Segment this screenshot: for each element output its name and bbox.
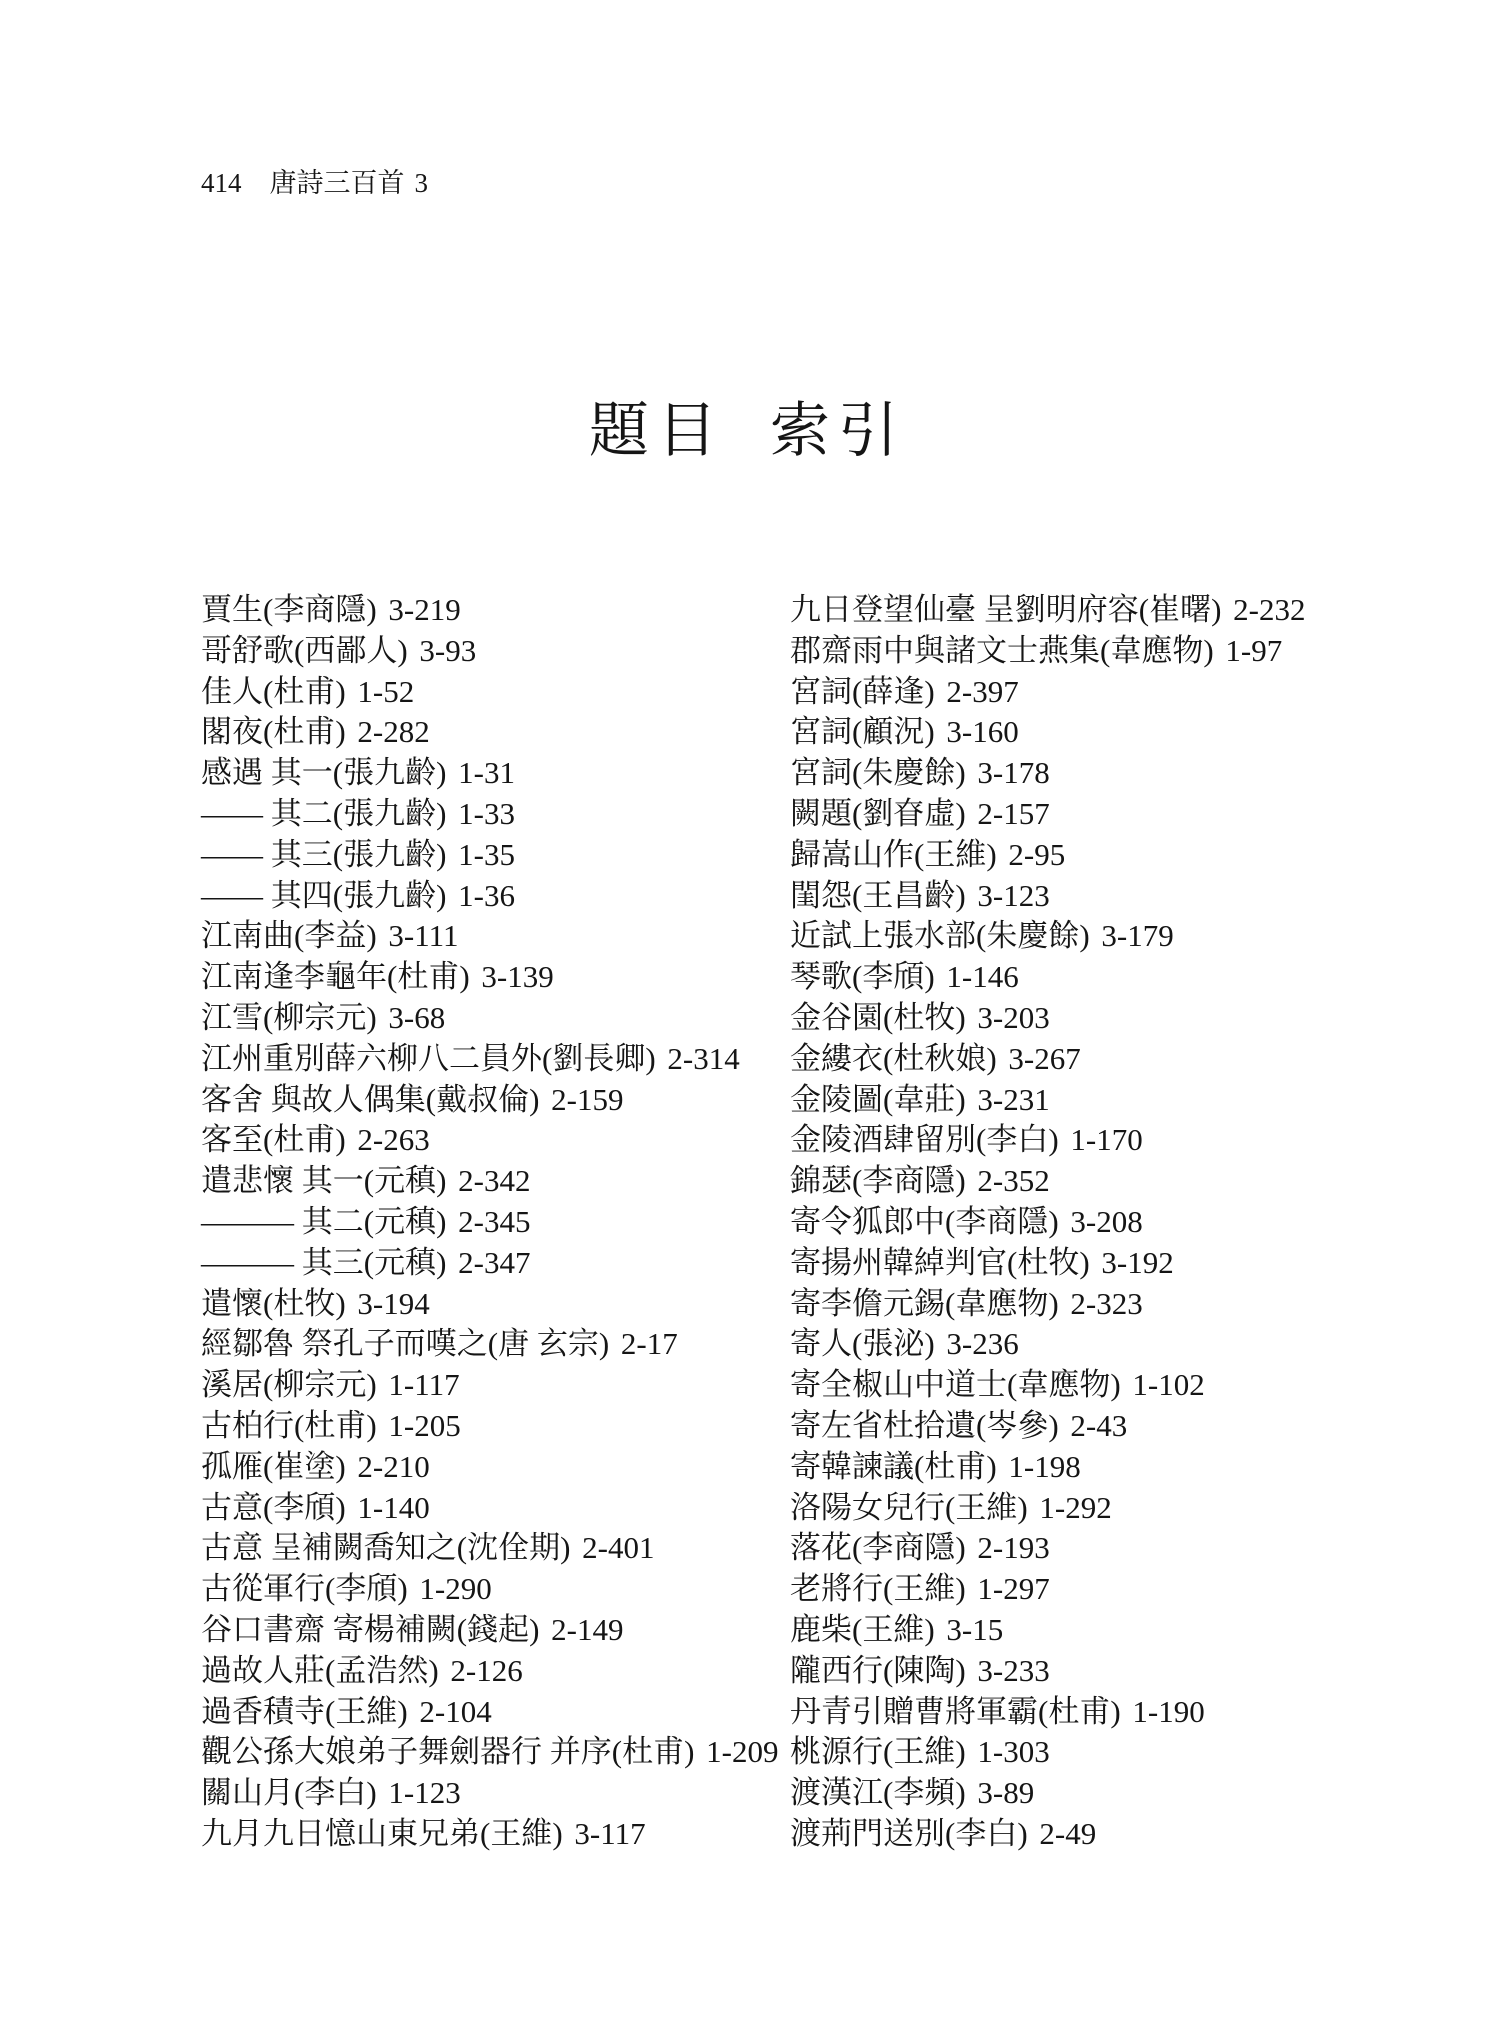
entry-page-ref: 1-52 <box>357 674 414 709</box>
index-entry: 江南曲(李益)3-111 <box>201 916 779 957</box>
entry-page-ref: 2-104 <box>419 1694 491 1729</box>
index-entry: 近試上張水部(朱慶餘)3-179 <box>790 916 1306 957</box>
entry-title: 江南曲 <box>201 918 294 953</box>
entry-author: (杜甫) <box>263 1122 346 1157</box>
entry-page-ref: 1-97 <box>1225 633 1282 668</box>
entry-page-ref: 2-263 <box>357 1122 429 1157</box>
entry-title: 九月九日憶山東兄弟 <box>201 1816 480 1851</box>
entry-page-ref: 2-159 <box>551 1082 623 1117</box>
entry-author: (王昌齡) <box>852 878 966 913</box>
entry-title: 經鄒魯 祭孔子而嘆之 <box>201 1326 488 1361</box>
page-title: 題目 索引 <box>0 399 1495 463</box>
entry-title: 過故人莊 <box>201 1653 325 1688</box>
entry-title: 閣夜 <box>201 714 263 749</box>
index-entry: 觀公孫大娘弟子舞劍器行 并序(杜甫)1-209 <box>201 1732 779 1773</box>
entry-page-ref: 1-209 <box>706 1734 778 1769</box>
entry-page-ref: 2-347 <box>458 1245 530 1280</box>
entry-page-ref: 1-292 <box>1039 1490 1111 1525</box>
entry-title: 落花 <box>790 1530 852 1565</box>
index-entry: 老將行(王維)1-297 <box>790 1569 1306 1610</box>
index-entry: 江南逢李龜年(杜甫)3-139 <box>201 957 779 998</box>
entry-title: 遣懷 <box>201 1286 263 1321</box>
index-entry: 古柏行(杜甫)1-205 <box>201 1406 779 1447</box>
entry-author: (杜甫) <box>294 1408 377 1443</box>
entry-author: (韋莊) <box>883 1082 966 1117</box>
entry-page-ref: 3-219 <box>388 592 460 627</box>
entry-page-ref: 2-17 <box>621 1326 678 1361</box>
entry-author: (柳宗元) <box>263 1367 377 1402</box>
entry-page-ref: 2-149 <box>551 1612 623 1647</box>
page-number: 414 <box>201 168 242 198</box>
index-entry: 谷口書齋 寄楊補闕(錢起)2-149 <box>201 1610 779 1651</box>
entry-author: (薛逢) <box>852 674 935 709</box>
entry-page-ref: 1-35 <box>458 837 515 872</box>
index-entry: 金陵酒肆留別(李白)1-170 <box>790 1120 1306 1161</box>
entry-title: —— 其四 <box>201 878 333 913</box>
entry-title: 近試上張水部 <box>790 918 976 953</box>
entry-page-ref: 3-93 <box>419 633 476 668</box>
index-entry: 客舍 與故人偶集(戴叔倫)2-159 <box>201 1080 779 1121</box>
index-entry: 寄人(張泌)3-236 <box>790 1324 1306 1365</box>
entry-author: (李白) <box>976 1122 1059 1157</box>
entry-author: (戴叔倫) <box>426 1082 540 1117</box>
index-entry: 古意(李頎)1-140 <box>201 1488 779 1529</box>
entry-page-ref: 1-205 <box>388 1408 460 1443</box>
entry-title: 宮詞 <box>790 755 852 790</box>
entry-author: (元稹) <box>364 1204 447 1239</box>
index-entry: 洛陽女兒行(王維)1-292 <box>790 1488 1306 1529</box>
entry-title: 江雪 <box>201 1000 263 1035</box>
entry-author: (西鄙人) <box>294 633 408 668</box>
entry-title: 金縷衣 <box>790 1041 883 1076</box>
index-entry: 關山月(李白)1-123 <box>201 1773 779 1814</box>
entry-author: (張九齡) <box>333 755 447 790</box>
entry-page-ref: 1-33 <box>458 796 515 831</box>
volume-number: 3 <box>415 168 429 198</box>
entry-author: (李商隱) <box>852 1530 966 1565</box>
entry-page-ref: 3-203 <box>977 1000 1049 1035</box>
entry-title: ——— 其三 <box>201 1245 364 1280</box>
entry-page-ref: 1-102 <box>1132 1367 1204 1402</box>
entry-author: (李頻) <box>883 1775 966 1810</box>
entry-page-ref: 3-192 <box>1101 1245 1173 1280</box>
entry-page-ref: 3-123 <box>977 878 1049 913</box>
index-entry: 歸嵩山作(王維)2-95 <box>790 835 1306 876</box>
entry-author: (李白) <box>294 1775 377 1810</box>
entry-title: 古從軍行 <box>201 1571 325 1606</box>
index-entry: 九月九日憶山東兄弟(王維)3-117 <box>201 1814 779 1855</box>
entry-author: (柳宗元) <box>263 1000 377 1035</box>
entry-page-ref: 1-123 <box>388 1775 460 1810</box>
index-column-right: 九日登望仙臺 呈劉明府容(崔曙)2-232郡齋雨中與諸文士燕集(韋應物)1-97… <box>790 590 1306 1855</box>
entry-author: (杜牧) <box>263 1286 346 1321</box>
entry-author: (李白) <box>945 1816 1028 1851</box>
index-entry: 宮詞(朱慶餘)3-178 <box>790 753 1306 794</box>
entry-page-ref: 2-352 <box>977 1163 1049 1198</box>
entry-author: (顧況) <box>852 714 935 749</box>
index-entry: 賈生(李商隱)3-219 <box>201 590 779 631</box>
entry-author: (唐 玄宗) <box>488 1326 609 1361</box>
entry-author: (杜甫) <box>612 1734 695 1769</box>
entry-page-ref: 2-49 <box>1039 1816 1096 1851</box>
entry-author: (元稹) <box>364 1245 447 1280</box>
index-entry: 寄揚州韓綽判官(杜牧)3-192 <box>790 1243 1306 1284</box>
entry-title: 金陵圖 <box>790 1082 883 1117</box>
entry-page-ref: 1-146 <box>946 959 1018 994</box>
entry-author: (王維) <box>883 1571 966 1606</box>
entry-title: 老將行 <box>790 1571 883 1606</box>
entry-page-ref: 1-198 <box>1008 1449 1080 1484</box>
entry-author: (李商隱) <box>852 1163 966 1198</box>
entry-page-ref: 1-36 <box>458 878 515 913</box>
index-entry: 溪居(柳宗元)1-117 <box>201 1365 779 1406</box>
entry-title: 金谷園 <box>790 1000 883 1035</box>
index-entry: 古從軍行(李頎)1-290 <box>201 1569 779 1610</box>
index-entry: 過故人莊(孟浩然)2-126 <box>201 1651 779 1692</box>
entry-page-ref: 2-342 <box>458 1163 530 1198</box>
entry-author: (韋應物) <box>1007 1367 1121 1402</box>
entry-author: (杜秋娘) <box>883 1041 997 1076</box>
index-entry: 遣懷(杜牧)3-194 <box>201 1284 779 1325</box>
entry-author: (王維) <box>852 1612 935 1647</box>
entry-title: 渡漢江 <box>790 1775 883 1810</box>
entry-title: 寄令狐郎中 <box>790 1204 945 1239</box>
entry-title: 寄揚州韓綽判官 <box>790 1245 1007 1280</box>
entry-author: (李商隱) <box>263 592 377 627</box>
entry-title: 古柏行 <box>201 1408 294 1443</box>
entry-title: 古意 <box>201 1490 263 1525</box>
entry-author: (韋應物) <box>945 1286 1059 1321</box>
index-entry: —— 其二(張九齡)1-33 <box>201 794 779 835</box>
entry-title: 歸嵩山作 <box>790 837 914 872</box>
entry-author: (孟浩然) <box>325 1653 439 1688</box>
entry-author: (劉眘虛) <box>852 796 966 831</box>
entry-page-ref: 1-303 <box>977 1734 1049 1769</box>
entry-title: 客至 <box>201 1122 263 1157</box>
entry-title: 遣悲懷 其一 <box>201 1163 364 1198</box>
entry-author: (岑參) <box>976 1408 1059 1443</box>
index-entry: 琴歌(李頎)1-146 <box>790 957 1306 998</box>
entry-author: (李益) <box>294 918 377 953</box>
entry-title: 寄韓諫議 <box>790 1449 914 1484</box>
entry-page-ref: 3-68 <box>388 1000 445 1035</box>
book-title: 唐詩三百首 <box>270 168 405 198</box>
entry-page-ref: 2-232 <box>1233 592 1305 627</box>
index-entry: 古意 呈補闕喬知之(沈佺期)2-401 <box>201 1528 779 1569</box>
entry-title: —— 其二 <box>201 796 333 831</box>
index-entry: 孤雁(崔塗)2-210 <box>201 1447 779 1488</box>
entry-title: 寄全椒山中道士 <box>790 1367 1007 1402</box>
entry-title: 鹿柴 <box>790 1612 852 1647</box>
index-entry: ——— 其三(元稹)2-347 <box>201 1243 779 1284</box>
index-entry: 宮詞(薛逢)2-397 <box>790 672 1306 713</box>
entry-title: 賈生 <box>201 592 263 627</box>
entry-page-ref: 3-15 <box>946 1612 1003 1647</box>
entry-title: 客舍 與故人偶集 <box>201 1082 426 1117</box>
index-entry: 丹青引贈曹將軍霸(杜甫)1-190 <box>790 1692 1306 1733</box>
index-entry: 闕題(劉眘虛)2-157 <box>790 794 1306 835</box>
entry-page-ref: 1-297 <box>977 1571 1049 1606</box>
index-entry: 江雪(柳宗元)3-68 <box>201 998 779 1039</box>
entry-title: 郡齋雨中與諸文士燕集 <box>790 633 1100 668</box>
index-entry: 閨怨(王昌齡)3-123 <box>790 876 1306 917</box>
index-entry: 感遇 其一(張九齡)1-31 <box>201 753 779 794</box>
entry-title: 感遇 其一 <box>201 755 333 790</box>
entry-author: (王維) <box>480 1816 563 1851</box>
index-entry: 寄李儋元錫(韋應物)2-323 <box>790 1284 1306 1325</box>
entry-page-ref: 2-95 <box>1008 837 1065 872</box>
index-entry: 渡漢江(李頻)3-89 <box>790 1773 1306 1814</box>
entry-page-ref: 1-140 <box>357 1490 429 1525</box>
entry-author: (韋應物) <box>1100 633 1214 668</box>
entry-author: (崔曙) <box>1139 592 1222 627</box>
entry-title: 孤雁 <box>201 1449 263 1484</box>
index-entry: 閣夜(杜甫)2-282 <box>201 712 779 753</box>
entry-page-ref: 3-194 <box>357 1286 429 1321</box>
entry-page-ref: 3-117 <box>574 1816 645 1851</box>
entry-page-ref: 2-397 <box>946 674 1018 709</box>
index-entry: 鹿柴(王維)3-15 <box>790 1610 1306 1651</box>
entry-page-ref: 3-179 <box>1101 918 1173 953</box>
entry-author: (崔塗) <box>263 1449 346 1484</box>
index-entry: 郡齋雨中與諸文士燕集(韋應物)1-97 <box>790 631 1306 672</box>
entry-title: 錦瑟 <box>790 1163 852 1198</box>
entry-title: 琴歌 <box>790 959 852 994</box>
index-entry: 寄左省杜拾遺(岑參)2-43 <box>790 1406 1306 1447</box>
entry-title: 過香積寺 <box>201 1694 325 1729</box>
entry-title: 桃源行 <box>790 1734 883 1769</box>
entry-title: 宮詞 <box>790 674 852 709</box>
entry-page-ref: 2-43 <box>1070 1408 1127 1443</box>
entry-page-ref: 2-314 <box>667 1041 739 1076</box>
entry-author: (杜甫) <box>1038 1694 1121 1729</box>
index-entry: 客至(杜甫)2-263 <box>201 1120 779 1161</box>
entry-page-ref: 1-117 <box>388 1367 459 1402</box>
index-entry: 金縷衣(杜秋娘)3-267 <box>790 1039 1306 1080</box>
index-entry: 遣悲懷 其一(元稹)2-342 <box>201 1161 779 1202</box>
entry-page-ref: 3-267 <box>1008 1041 1080 1076</box>
entry-author: (錢起) <box>457 1612 540 1647</box>
index-column-left: 賈生(李商隱)3-219哥舒歌(西鄙人)3-93佳人(杜甫)1-52閣夜(杜甫)… <box>201 590 779 1855</box>
index-entry: 哥舒歌(西鄙人)3-93 <box>201 631 779 672</box>
entry-title: —— 其三 <box>201 837 333 872</box>
entry-page-ref: 3-178 <box>977 755 1049 790</box>
entry-author: (李商隱) <box>945 1204 1059 1239</box>
index-entry: —— 其四(張九齡)1-36 <box>201 876 779 917</box>
entry-title: 溪居 <box>201 1367 263 1402</box>
entry-page-ref: 2-157 <box>977 796 1049 831</box>
entry-author: (杜甫) <box>914 1449 997 1484</box>
index-entry: 江州重別薛六柳八二員外(劉長卿)2-314 <box>201 1039 779 1080</box>
index-entry: 寄全椒山中道士(韋應物)1-102 <box>790 1365 1306 1406</box>
entry-page-ref: 2-193 <box>977 1530 1049 1565</box>
entry-page-ref: 3-233 <box>977 1653 1049 1688</box>
entry-title: 寄左省杜拾遺 <box>790 1408 976 1443</box>
entry-title: ——— 其二 <box>201 1204 364 1239</box>
entry-author: (王維) <box>325 1694 408 1729</box>
index-entry: ——— 其二(元稹)2-345 <box>201 1202 779 1243</box>
entry-author: (杜牧) <box>883 1000 966 1035</box>
entry-title: 閨怨 <box>790 878 852 913</box>
index-entry: 九日登望仙臺 呈劉明府容(崔曙)2-232 <box>790 590 1306 631</box>
entry-author: (陳陶) <box>883 1653 966 1688</box>
entry-page-ref: 3-231 <box>977 1082 1049 1117</box>
index-entry: 落花(李商隱)2-193 <box>790 1528 1306 1569</box>
entry-title: 丹青引贈曹將軍霸 <box>790 1694 1038 1729</box>
entry-author: (李頎) <box>852 959 935 994</box>
entry-author: (劉長卿) <box>542 1041 656 1076</box>
entry-title: 闕題 <box>790 796 852 831</box>
entry-page-ref: 1-190 <box>1132 1694 1204 1729</box>
index-entry: 過香積寺(王維)2-104 <box>201 1692 779 1733</box>
entry-page-ref: 2-282 <box>357 714 429 749</box>
entry-page-ref: 1-31 <box>458 755 515 790</box>
entry-title: 寄人 <box>790 1326 852 1361</box>
entry-title: 宮詞 <box>790 714 852 749</box>
index-entry: 寄韓諫議(杜甫)1-198 <box>790 1447 1306 1488</box>
index-entry: —— 其三(張九齡)1-35 <box>201 835 779 876</box>
entry-author: (杜甫) <box>387 959 470 994</box>
index-columns: 賈生(李商隱)3-219哥舒歌(西鄙人)3-93佳人(杜甫)1-52閣夜(杜甫)… <box>0 590 1495 1860</box>
entry-author: (張九齡) <box>333 878 447 913</box>
index-entry: 經鄒魯 祭孔子而嘆之(唐 玄宗)2-17 <box>201 1324 779 1365</box>
entry-title: 金陵酒肆留別 <box>790 1122 976 1157</box>
index-entry: 隴西行(陳陶)3-233 <box>790 1651 1306 1692</box>
entry-author: (王維) <box>883 1734 966 1769</box>
entry-author: (王維) <box>945 1490 1028 1525</box>
entry-title: 寄李儋元錫 <box>790 1286 945 1321</box>
entry-author: (張九齡) <box>333 796 447 831</box>
entry-page-ref: 1-290 <box>419 1571 491 1606</box>
entry-title: 江南逢李龜年 <box>201 959 387 994</box>
entry-title: 佳人 <box>201 674 263 709</box>
entry-author: (李頎) <box>263 1490 346 1525</box>
entry-author: (朱慶餘) <box>976 918 1090 953</box>
entry-page-ref: 2-210 <box>357 1449 429 1484</box>
entry-author: (王維) <box>914 837 997 872</box>
entry-author: (杜甫) <box>263 674 346 709</box>
entry-author: (元稹) <box>364 1163 447 1198</box>
entry-title: 觀公孫大娘弟子舞劍器行 并序 <box>201 1734 612 1769</box>
entry-page-ref: 3-89 <box>977 1775 1034 1810</box>
index-entry: 桃源行(王維)1-303 <box>790 1732 1306 1773</box>
entry-page-ref: 2-323 <box>1070 1286 1142 1321</box>
entry-page-ref: 3-236 <box>946 1326 1018 1361</box>
index-entry: 佳人(杜甫)1-52 <box>201 672 779 713</box>
entry-title: 洛陽女兒行 <box>790 1490 945 1525</box>
index-entry: 金陵圖(韋莊)3-231 <box>790 1080 1306 1121</box>
entry-author: (朱慶餘) <box>852 755 966 790</box>
entry-author: (杜牧) <box>1007 1245 1090 1280</box>
entry-page-ref: 2-401 <box>582 1530 654 1565</box>
entry-title: 關山月 <box>201 1775 294 1810</box>
entry-title: 古意 呈補闕喬知之 <box>201 1530 457 1565</box>
entry-title: 隴西行 <box>790 1653 883 1688</box>
index-entry: 金谷園(杜牧)3-203 <box>790 998 1306 1039</box>
entry-page-ref: 2-345 <box>458 1204 530 1239</box>
entry-page-ref: 1-170 <box>1070 1122 1142 1157</box>
entry-title: 江州重別薛六柳八二員外 <box>201 1041 542 1076</box>
index-entry: 寄令狐郎中(李商隱)3-208 <box>790 1202 1306 1243</box>
entry-title: 九日登望仙臺 呈劉明府容 <box>790 592 1139 627</box>
entry-page-ref: 3-160 <box>946 714 1018 749</box>
entry-page-ref: 3-111 <box>388 918 458 953</box>
entry-page-ref: 2-126 <box>450 1653 522 1688</box>
entry-title: 谷口書齋 寄楊補闕 <box>201 1612 457 1647</box>
entry-author: (杜甫) <box>263 714 346 749</box>
index-entry: 渡荊門送別(李白)2-49 <box>790 1814 1306 1855</box>
entry-title: 哥舒歌 <box>201 633 294 668</box>
running-header: 414唐詩三百首3 <box>201 168 428 198</box>
entry-author: (張九齡) <box>333 837 447 872</box>
entry-author: (張泌) <box>852 1326 935 1361</box>
entry-page-ref: 3-139 <box>481 959 553 994</box>
book-page: 414唐詩三百首3 題目 索引 賈生(李商隱)3-219哥舒歌(西鄙人)3-93… <box>0 0 1495 2023</box>
entry-title: 渡荊門送別 <box>790 1816 945 1851</box>
entry-author: (李頎) <box>325 1571 408 1606</box>
index-entry: 錦瑟(李商隱)2-352 <box>790 1161 1306 1202</box>
entry-page-ref: 3-208 <box>1070 1204 1142 1239</box>
index-entry: 宮詞(顧況)3-160 <box>790 712 1306 753</box>
entry-author: (沈佺期) <box>457 1530 571 1565</box>
